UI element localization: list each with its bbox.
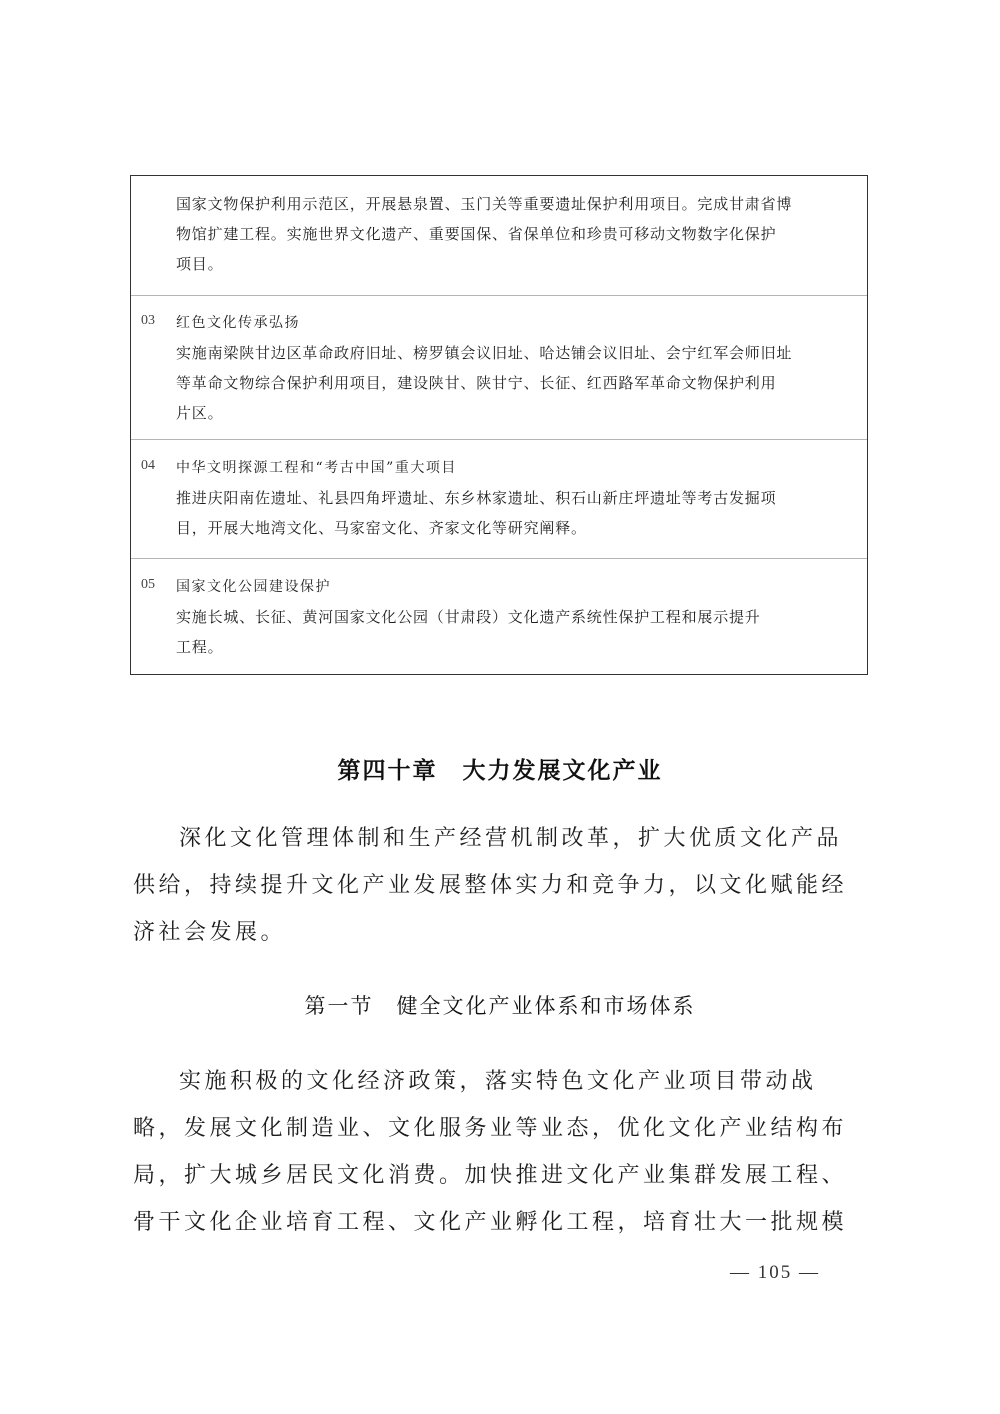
table-row-04: 04 中华文明探源工程和“考古中国”重大项目 推进庆阳南佐遗址、礼县四角坪遗址、… xyxy=(131,439,867,558)
row-title: 红色文化传承弘扬 xyxy=(176,312,300,332)
text-line: 实施南梁陕甘边区革命政府旧址、榜罗镇会议旧址、哈达铺会议旧址、会宁红军会师旧址 xyxy=(176,338,859,368)
text-line: 骨干文化企业培育工程、文化产业孵化工程，培育壮大一批规模 xyxy=(133,1199,871,1246)
text-line: 推进庆阳南佐遗址、礼县四角坪遗址、东乡林家遗址、积石山新庄坪遗址等考古发掘项 xyxy=(176,483,859,513)
row-number: 05 xyxy=(141,577,155,593)
row-body: 国家文物保护利用示范区，开展悬泉置、玉门关等重要遗址保护利用项目。完成甘肃省博 … xyxy=(176,189,859,279)
text-line: 局，扩大城乡居民文化消费。加快推进文化产业集群发展工程、 xyxy=(133,1152,871,1199)
chapter-title: 第四十章 大力发展文化产业 xyxy=(0,752,1000,785)
text-line: 济社会发展。 xyxy=(133,909,871,956)
text-line: 实施长城、长征、黄河国家文化公园（甘肃段）文化遗产系统性保护工程和展示提升 xyxy=(176,602,859,632)
text-line: 供给，持续提升文化产业发展整体实力和竞争力，以文化赋能经 xyxy=(133,862,871,909)
text-line: 项目。 xyxy=(176,249,859,279)
text-line: 深化文化管理体制和生产经营机制改革，扩大优质文化产品 xyxy=(133,815,871,862)
text-line: 等革命文物综合保护利用项目，建设陕甘、陕甘宁、长征、红西路军革命文物保护利用 xyxy=(176,368,859,398)
row-body: 实施南梁陕甘边区革命政府旧址、榜罗镇会议旧址、哈达铺会议旧址、会宁红军会师旧址 … xyxy=(176,338,859,428)
table-row-05: 05 国家文化公园建设保护 实施长城、长征、黄河国家文化公园（甘肃段）文化遗产系… xyxy=(131,558,867,676)
row-body: 实施长城、长征、黄河国家文化公园（甘肃段）文化遗产系统性保护工程和展示提升 工程… xyxy=(176,602,859,662)
text-line: 目，开展大地湾文化、马家窑文化、齐家文化等研究阐释。 xyxy=(176,513,859,543)
section-body-paragraph: 实施积极的文化经济政策，落实特色文化产业项目带动战 略，发展文化制造业、文化服务… xyxy=(133,1058,871,1246)
row-title: 中华文明探源工程和“考古中国”重大项目 xyxy=(176,457,457,477)
row-number: 03 xyxy=(141,313,155,329)
projects-table: 国家文物保护利用示范区，开展悬泉置、玉门关等重要遗址保护利用项目。完成甘肃省博 … xyxy=(130,175,868,675)
row-body: 推进庆阳南佐遗址、礼县四角坪遗址、东乡林家遗址、积石山新庄坪遗址等考古发掘项 目… xyxy=(176,483,859,543)
text-line: 国家文物保护利用示范区，开展悬泉置、玉门关等重要遗址保护利用项目。完成甘肃省博 xyxy=(176,189,859,219)
text-line: 工程。 xyxy=(176,632,859,662)
text-line: 物馆扩建工程。实施世界文化遗产、重要国保、省保单位和珍贵可移动文物数字化保护 xyxy=(176,219,859,249)
table-row-continued: 国家文物保护利用示范区，开展悬泉置、玉门关等重要遗址保护利用项目。完成甘肃省博 … xyxy=(131,176,867,295)
chapter-intro-paragraph: 深化文化管理体制和生产经营机制改革，扩大优质文化产品 供给，持续提升文化产业发展… xyxy=(133,815,871,956)
text-line: 片区。 xyxy=(176,398,859,428)
row-title: 国家文化公园建设保护 xyxy=(176,576,331,596)
text-line: 实施积极的文化经济政策，落实特色文化产业项目带动战 xyxy=(133,1058,871,1105)
table-row-03: 03 红色文化传承弘扬 实施南梁陕甘边区革命政府旧址、榜罗镇会议旧址、哈达铺会议… xyxy=(131,295,867,439)
page-number: — 105 — xyxy=(730,1262,820,1284)
row-number: 04 xyxy=(141,458,155,474)
section-title: 第一节 健全文化产业体系和市场体系 xyxy=(0,990,1000,1020)
text-line: 略，发展文化制造业、文化服务业等业态，优化文化产业结构布 xyxy=(133,1105,871,1152)
